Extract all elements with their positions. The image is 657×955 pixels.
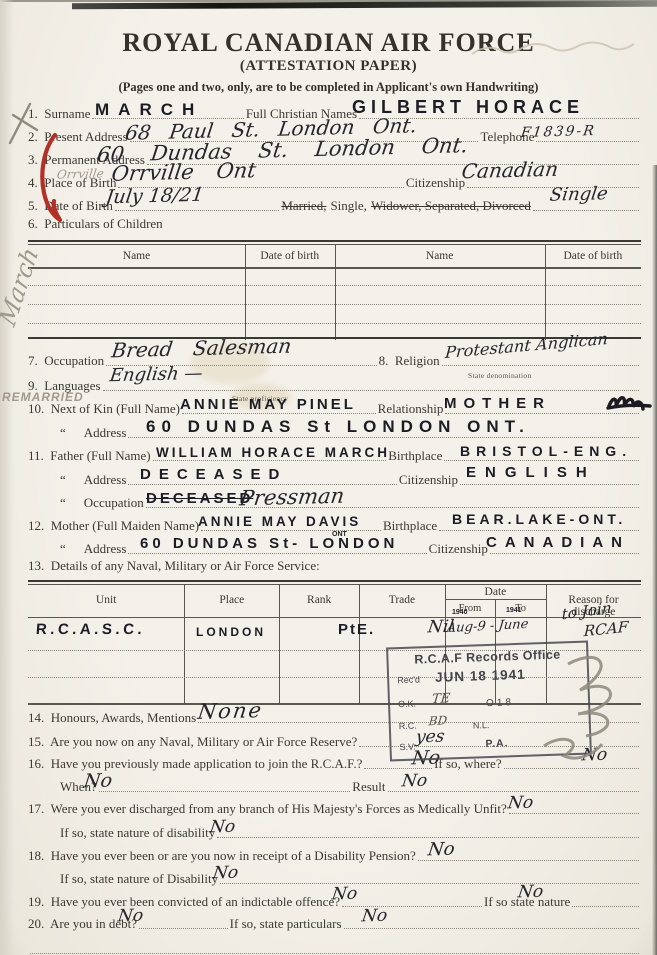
handwriting-father-address: DECEASED [140, 466, 287, 483]
stamp-sv-label: S.V. [399, 742, 416, 753]
handwriting-nok-address: 60 DUNDAS St LONDON ONT. [146, 417, 530, 437]
handwriting-service-unit: R.C.A.S.C. [35, 621, 145, 638]
field-label: Address [66, 542, 127, 555]
column-divider [359, 584, 360, 705]
stamp-rc-label: R.C. [399, 721, 417, 732]
stamp-recd-label: Rec'd [397, 674, 420, 685]
handwriting-marital-status: Single [549, 183, 610, 206]
field-label: Birthplace [383, 519, 437, 532]
field-label: Citizenship [406, 176, 465, 189]
handwriting-disability-pension: No [427, 839, 456, 861]
column-divider [335, 244, 336, 340]
dotted-leader [99, 788, 350, 792]
field-label: If so, state nature of disability [28, 826, 215, 839]
scan-edge-top-bar [72, 1, 657, 10]
table-rule [28, 617, 641, 618]
field-label: If so, state nature of Disability [28, 872, 218, 885]
field-label: Citizenship [399, 473, 458, 486]
handwriting-pension-nature: No [212, 863, 240, 884]
field-label: 2. Present Address [28, 130, 128, 143]
handwriting-relationship: MOTHER [444, 395, 551, 412]
handwriting-service-to-year: 1941 [506, 607, 522, 614]
dotted-leader [442, 362, 639, 366]
handwriting-service-from-year: 1940 [452, 609, 468, 616]
bottom-rule-row [28, 940, 641, 955]
column-divider [245, 244, 246, 340]
field-row-disability-nature: If so, state nature of disability [28, 824, 641, 839]
field-label: 15. Are you now on any Naval, Military o… [28, 735, 357, 748]
field-label: 16. Have you previously made application… [28, 757, 362, 770]
handwriting-debt: No [117, 906, 145, 927]
field-row-discharged-unfit: 17. Were you ever discharged from any br… [28, 800, 641, 815]
empty-row-line [28, 323, 641, 324]
dotted-leader [504, 765, 639, 769]
field-label: 5. Date of Birth [28, 199, 113, 212]
dotted-leader [439, 527, 639, 531]
field-row-when-result: When? Result [28, 778, 641, 793]
handwriting-service-rank: PtE. [338, 621, 375, 638]
field-label: 18. Have you ever been or are you now in… [28, 849, 416, 862]
handwriting-surname: MARCH [95, 100, 203, 120]
handwriting-place-of-birth: Orrville Ont [110, 158, 257, 186]
field-label: 14. Honours, Awards, Mentions [28, 711, 196, 724]
handwriting-languages: English — [108, 363, 203, 386]
column-header: Place [184, 594, 279, 606]
dotted-leader [220, 880, 639, 884]
field-row-pension-nature: If so, state nature of Disability [28, 870, 641, 885]
column-header: Date of birth [545, 250, 641, 262]
handwriting-debt-particulars: No [361, 906, 389, 927]
column-header: Rank [279, 594, 359, 606]
handwriting-father-citizenship: ENGLISH [466, 464, 596, 481]
marital-option-struck: Widower, Separated, Divorced [371, 199, 531, 212]
field-label: 7. Occupation [28, 354, 104, 367]
ditto-mark: “ [28, 496, 66, 509]
handwriting-citizenship: Canadian [460, 157, 560, 184]
dotted-leader [460, 481, 639, 485]
handwriting-offence: No [331, 884, 359, 905]
handwriting-service-place: LONDON [196, 625, 266, 639]
column-header: Unit [28, 594, 184, 606]
field-label: 19. Have you ever been convicted of an i… [28, 895, 340, 908]
field-label: Occupation [66, 496, 144, 509]
field-row-service-details: 13. Details of any Naval, Military or Ai… [28, 557, 641, 572]
dotted-leader [30, 950, 639, 954]
handwriting-mother-address: 60 DUNDAS St- LONDON [140, 535, 398, 552]
empty-row-line [28, 304, 641, 305]
field-label: 8. Religion [379, 354, 440, 367]
field-row-disability-pension: 18. Have you ever been or are you now in… [28, 847, 641, 862]
stamp-rc-initials: BD [428, 713, 448, 728]
field-row-children: 6. Particulars of Children [28, 215, 641, 230]
pencil-annotation-remarried: REMARRIED [2, 390, 84, 404]
field-label: 13. Details of any Naval, Military or Ai… [28, 559, 320, 572]
column-divider [545, 244, 546, 340]
handwriting-date-of-birth: July 18/21 [104, 184, 205, 209]
handwriting-mother-address-ont: ONT [332, 531, 347, 538]
column-header: Trade [359, 594, 445, 606]
ditto-mark: “ [28, 542, 66, 555]
records-office-stamp: R.C.A.F Records Office Rec'd JUN 18 1941… [386, 641, 592, 762]
handwriting-discharged-unfit: No [507, 793, 535, 814]
handwriting-father-birthplace: BRISTOL-ENG. [460, 443, 632, 459]
handwriting-mother-name: ANNIE MAY DAVIS [198, 514, 361, 529]
field-label: 1. Surname [28, 107, 90, 120]
marital-option-struck: Married, [281, 199, 326, 212]
pencil-annotation-orrville: Orrville [56, 166, 105, 181]
field-label: 12. Mother (Full Maiden Name) [28, 519, 199, 532]
stamp-title: R.C.A.F Records Office [388, 647, 586, 668]
handwriting-when: No [82, 770, 113, 793]
handwriting-father-occupation: Pressman [238, 484, 346, 511]
column-header: Date [445, 586, 546, 598]
column-header: Date of birth [245, 250, 334, 262]
scan-edge-right [652, 165, 657, 955]
field-label: Citizenship [429, 542, 488, 555]
empty-row-line [28, 285, 641, 286]
stamp-pa-label: P.A. [485, 737, 508, 750]
dotted-leader [115, 207, 279, 211]
table-rule [28, 580, 641, 582]
handwriting-father-name: WILLIAM HORACE MARCH [156, 445, 390, 460]
stamp-rc-code: N.L. [473, 720, 490, 731]
table-rule [28, 584, 641, 585]
handwriting-next-of-kin: ANNIE MAY PINEL [180, 396, 356, 413]
stamp-ok-initials: TE [431, 691, 451, 707]
handwriting-father-occupation-struck: DECEASED [146, 490, 253, 507]
handwriting-result: No [401, 771, 429, 792]
dotted-leader [217, 834, 639, 838]
field-label: Birthplace [388, 449, 442, 462]
handwriting-telephone: F1839-R [520, 123, 597, 141]
handwriting-occupation: Bread Salesman [110, 334, 293, 363]
stamp-ok-label: O.K. [398, 699, 416, 710]
dotted-leader [533, 207, 639, 211]
handwriting-honours: None [196, 698, 264, 724]
field-row-previous-application: 16. Have you previously made application… [28, 755, 641, 770]
field-label: Address [66, 426, 127, 439]
stamp-ok-code: O18 [486, 697, 514, 709]
form-subtitle: (ATTESTATION PAPER) [0, 58, 657, 75]
dotted-leader [572, 903, 639, 907]
dotted-leader [103, 387, 639, 391]
marital-option: Single, [330, 199, 366, 212]
form-title: ROYAL CANADIAN AIR FORCE [0, 28, 657, 58]
scan-edge-left [0, 0, 14, 955]
field-label: Relationship [378, 402, 444, 415]
attestation-paper-page: ROYAL CANADIAN AIR FORCE (ATTESTATION PA… [0, 0, 657, 955]
field-label: 6. Particulars of Children [28, 217, 163, 230]
table-rule [28, 240, 641, 242]
children-table: Name Date of birth Name Date of birth [28, 240, 641, 340]
ditto-mark: “ [28, 426, 66, 439]
field-label: Result [352, 780, 385, 793]
column-header: Name [335, 250, 545, 262]
field-label: If so, state particulars [230, 917, 342, 930]
handwriting-mother-citizenship: CANADIAN [486, 534, 630, 551]
field-label: 17. Were you ever discharged from any br… [28, 802, 507, 815]
handwriting-offence-nature: No [517, 882, 545, 903]
field-label: Address [66, 473, 127, 486]
dotted-leader [139, 925, 228, 929]
column-divider [279, 584, 280, 705]
form-instruction: (Pages one and two, only, are to be comp… [0, 80, 657, 95]
field-label: 11. Father (Full Name) [28, 449, 151, 462]
handwriting-disability-nature: No [209, 817, 237, 838]
column-header: Name [28, 250, 245, 262]
dotted-leader [344, 925, 639, 929]
handwriting-mother-birthplace: BEAR.LAKE-ONT. [452, 511, 626, 527]
stamp-recd-date: JUN 18 1941 [435, 667, 526, 685]
ditto-mark: “ [28, 473, 66, 486]
column-divider [184, 584, 185, 705]
